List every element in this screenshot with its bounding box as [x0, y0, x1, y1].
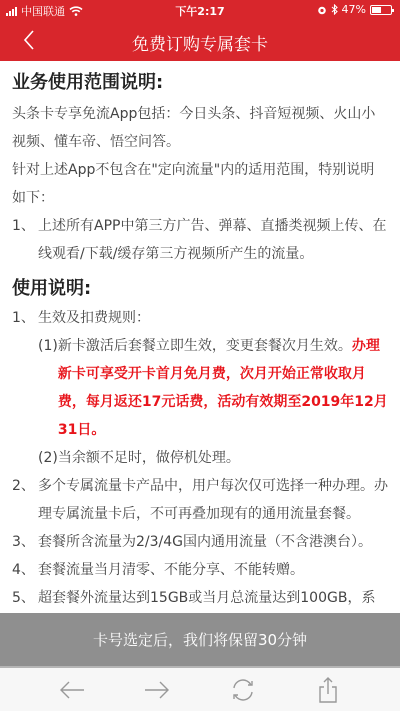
- usage-item-5: 5、 超套餐外流量达到15GB或当月总流量达到100GB，系统自动关闭上网功能。: [12, 584, 388, 613]
- scope-heading: 业务使用范围说明:: [12, 70, 388, 96]
- reserve-notice-bar[interactable]: 卡号选定后，我们将保留30分钟: [0, 613, 400, 668]
- item-number: 5、: [12, 584, 38, 613]
- item-text: 套餐所含流量为2/3/4G国内通用流量（不含港澳台）。: [38, 528, 388, 556]
- usage-item-2: 2、 多个专属流量卡产品中，用户每次仅可选择一种办理。办理专属流量卡后，不可再叠…: [12, 472, 388, 528]
- usage-subitem-2: (2) 当余额不足时，做停机处理。: [12, 444, 388, 472]
- refresh-icon[interactable]: [229, 676, 257, 704]
- bluetooth-icon: [331, 4, 338, 15]
- item-text: 套餐流量当月清零、不能分享、不能转赠。: [38, 556, 388, 584]
- usage-item-1: 1、 生效及扣费规则：: [12, 304, 388, 332]
- usage-item-4: 4、 套餐流量当月清零、不能分享、不能转赠。: [12, 556, 388, 584]
- item-text: 上述所有APP中第三方广告、弹幕、直播类视频上传、在线观看/下载/缓存第三方视频…: [38, 212, 388, 268]
- subitem-number: (1): [38, 332, 58, 444]
- scope-intro: 头条卡专享免流App包括：今日头条、抖音短视频、火山小视频、懂车帝、悟空问答。: [12, 100, 388, 156]
- share-icon[interactable]: [314, 676, 342, 704]
- subitem-number: (2): [38, 444, 58, 472]
- item-number: 3、: [12, 528, 38, 556]
- usage-subitem-1: (1) 新卡激活后套餐立即生效，变更套餐次月生效。办理新卡可享受开卡首月免月费，…: [12, 332, 388, 444]
- scope-item: 1、 上述所有APP中第三方广告、弹幕、直播类视频上传、在线观看/下载/缓存第三…: [12, 212, 388, 268]
- subitem-plain-text: 新卡激活后套餐立即生效，变更套餐次月生效。: [58, 338, 352, 354]
- status-right: 47%: [317, 3, 392, 16]
- item-number: 1、: [12, 304, 38, 332]
- browser-toolbar: [0, 668, 400, 711]
- item-text: 超套餐外流量达到15GB或当月总流量达到100GB，系统自动关闭上网功能。: [38, 584, 388, 613]
- item-number: 1、: [12, 212, 38, 268]
- usage-item-3: 3、 套餐所含流量为2/3/4G国内通用流量（不含港澳台）。: [12, 528, 388, 556]
- subitem-text: 新卡激活后套餐立即生效，变更套餐次月生效。办理新卡可享受开卡首月免月费，次月开始…: [58, 332, 388, 444]
- subitem-text: 当余额不足时，做停机处理。: [58, 444, 388, 472]
- item-text: 生效及扣费规则：: [38, 304, 388, 332]
- item-text: 多个专属流量卡产品中，用户每次仅可选择一种办理。办理专属流量卡后，不可再叠加现有…: [38, 472, 388, 528]
- forward-arrow-icon[interactable]: [143, 676, 171, 704]
- back-arrow-icon[interactable]: [58, 676, 86, 704]
- item-number: 2、: [12, 472, 38, 528]
- page-title: 免费订购专属套卡: [0, 30, 400, 55]
- nav-bar: 免费订购专属套卡: [0, 20, 400, 61]
- battery-icon: [370, 5, 392, 15]
- alarm-icon: [317, 5, 327, 15]
- content-area[interactable]: 业务使用范围说明: 头条卡专享免流App包括：今日头条、抖音短视频、火山小视频、…: [0, 61, 400, 613]
- usage-heading: 使用说明:: [12, 276, 388, 302]
- scope-note: 针对上述App不包含在"定向流量"内的适用范围，特别说明如下：: [12, 156, 388, 212]
- status-bar: 中国联通 下午2:17 47%: [0, 0, 400, 20]
- item-number: 4、: [12, 556, 38, 584]
- battery-percent: 47%: [342, 3, 366, 16]
